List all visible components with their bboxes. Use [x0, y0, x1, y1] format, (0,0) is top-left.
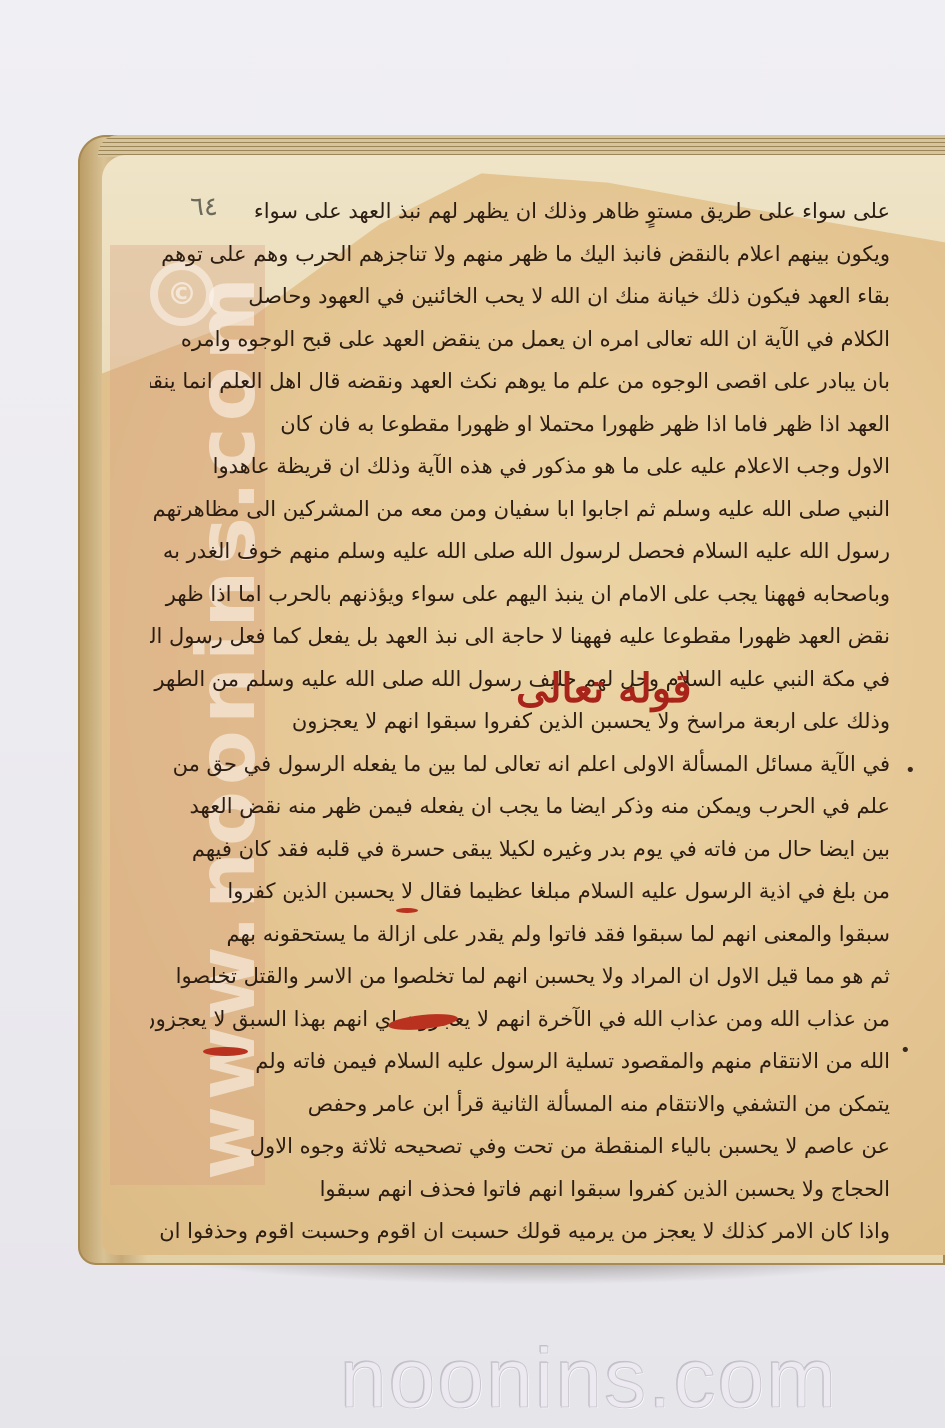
text-line: من بلغ في اذية الرسول عليه السلام مبلغا …	[150, 870, 890, 913]
red-overline-mark	[396, 908, 418, 913]
text-line: الكلام في الآية ان الله تعالى امره ان يع…	[150, 318, 890, 361]
text-line: النبي صلى الله عليه وسلم ثم اجابوا ابا س…	[150, 488, 890, 531]
manuscript-text: على سواء على طريق مستوٍ ظاهر وذلك ان يظه…	[150, 190, 890, 1253]
text-line: العهد اذا ظهر فاما اذا ظهر ظهورا محتملا …	[150, 403, 890, 446]
text-line: وباصحابه فههنا يجب على الامام ان ينبذ ال…	[150, 573, 890, 616]
text-line: بين ايضا حال من فاته في يوم بدر وغيره لك…	[150, 828, 890, 871]
text-line: عن عاصم لا يحسبن بالياء المنقطة من تحت و…	[150, 1125, 890, 1168]
text-line: الحجاج ولا يحسبن الذين كفروا سبقوا انهم …	[150, 1168, 890, 1211]
rubric-heading: قوله تعالى	[516, 665, 692, 712]
text-line: بقاء العهد فيكون ذلك خيانة منك ان الله ل…	[150, 275, 890, 318]
text-line: نقض العهد ظهورا مقطوعا عليه فههنا لا حاج…	[150, 615, 890, 658]
text-line: رسول الله عليه السلام فحصل لرسول الله صل…	[150, 530, 890, 573]
text-line: على سواء على طريق مستوٍ ظاهر وذلك ان يظه…	[150, 190, 890, 233]
top-page-edges	[98, 135, 945, 157]
margin-dot: •	[905, 760, 916, 781]
text-line: ثم هو مما قيل الاول ان المراد ولا يحسبن …	[150, 955, 890, 998]
margin-dot: •	[900, 1040, 911, 1061]
bottom-watermark: noonins.com	[340, 1330, 838, 1427]
text-line: يتمكن من التشفي والانتقام منه المسألة ال…	[150, 1083, 890, 1126]
text-line: في الآية مسائل المسألة الاولى اعلم انه ت…	[150, 743, 890, 786]
text-line: واذا كان الامر كذلك لا يعجز من يرميه قول…	[150, 1210, 890, 1253]
text-line: بان يبادر على اقصى الوجوه من علم ما يوهم…	[150, 360, 890, 403]
text-line: من عذاب الله ومن عذاب الله في الآخرة انه…	[150, 998, 890, 1041]
text-line: الله من الانتقام منهم والمقصود تسلية الر…	[150, 1040, 890, 1083]
text-line: الاول وجب الاعلام عليه على ما هو مذكور ف…	[150, 445, 890, 488]
red-overline-mark	[203, 1047, 248, 1056]
text-line: علم في الحرب ويمكن منه وذكر ايضا ما يجب …	[150, 785, 890, 828]
text-line: سبقوا والمعنى انهم لما سبقوا فقد فاتوا و…	[150, 913, 890, 956]
text-line: ويكون بينهم اعلام بالنقض فانبذ اليك ما ظ…	[150, 233, 890, 276]
